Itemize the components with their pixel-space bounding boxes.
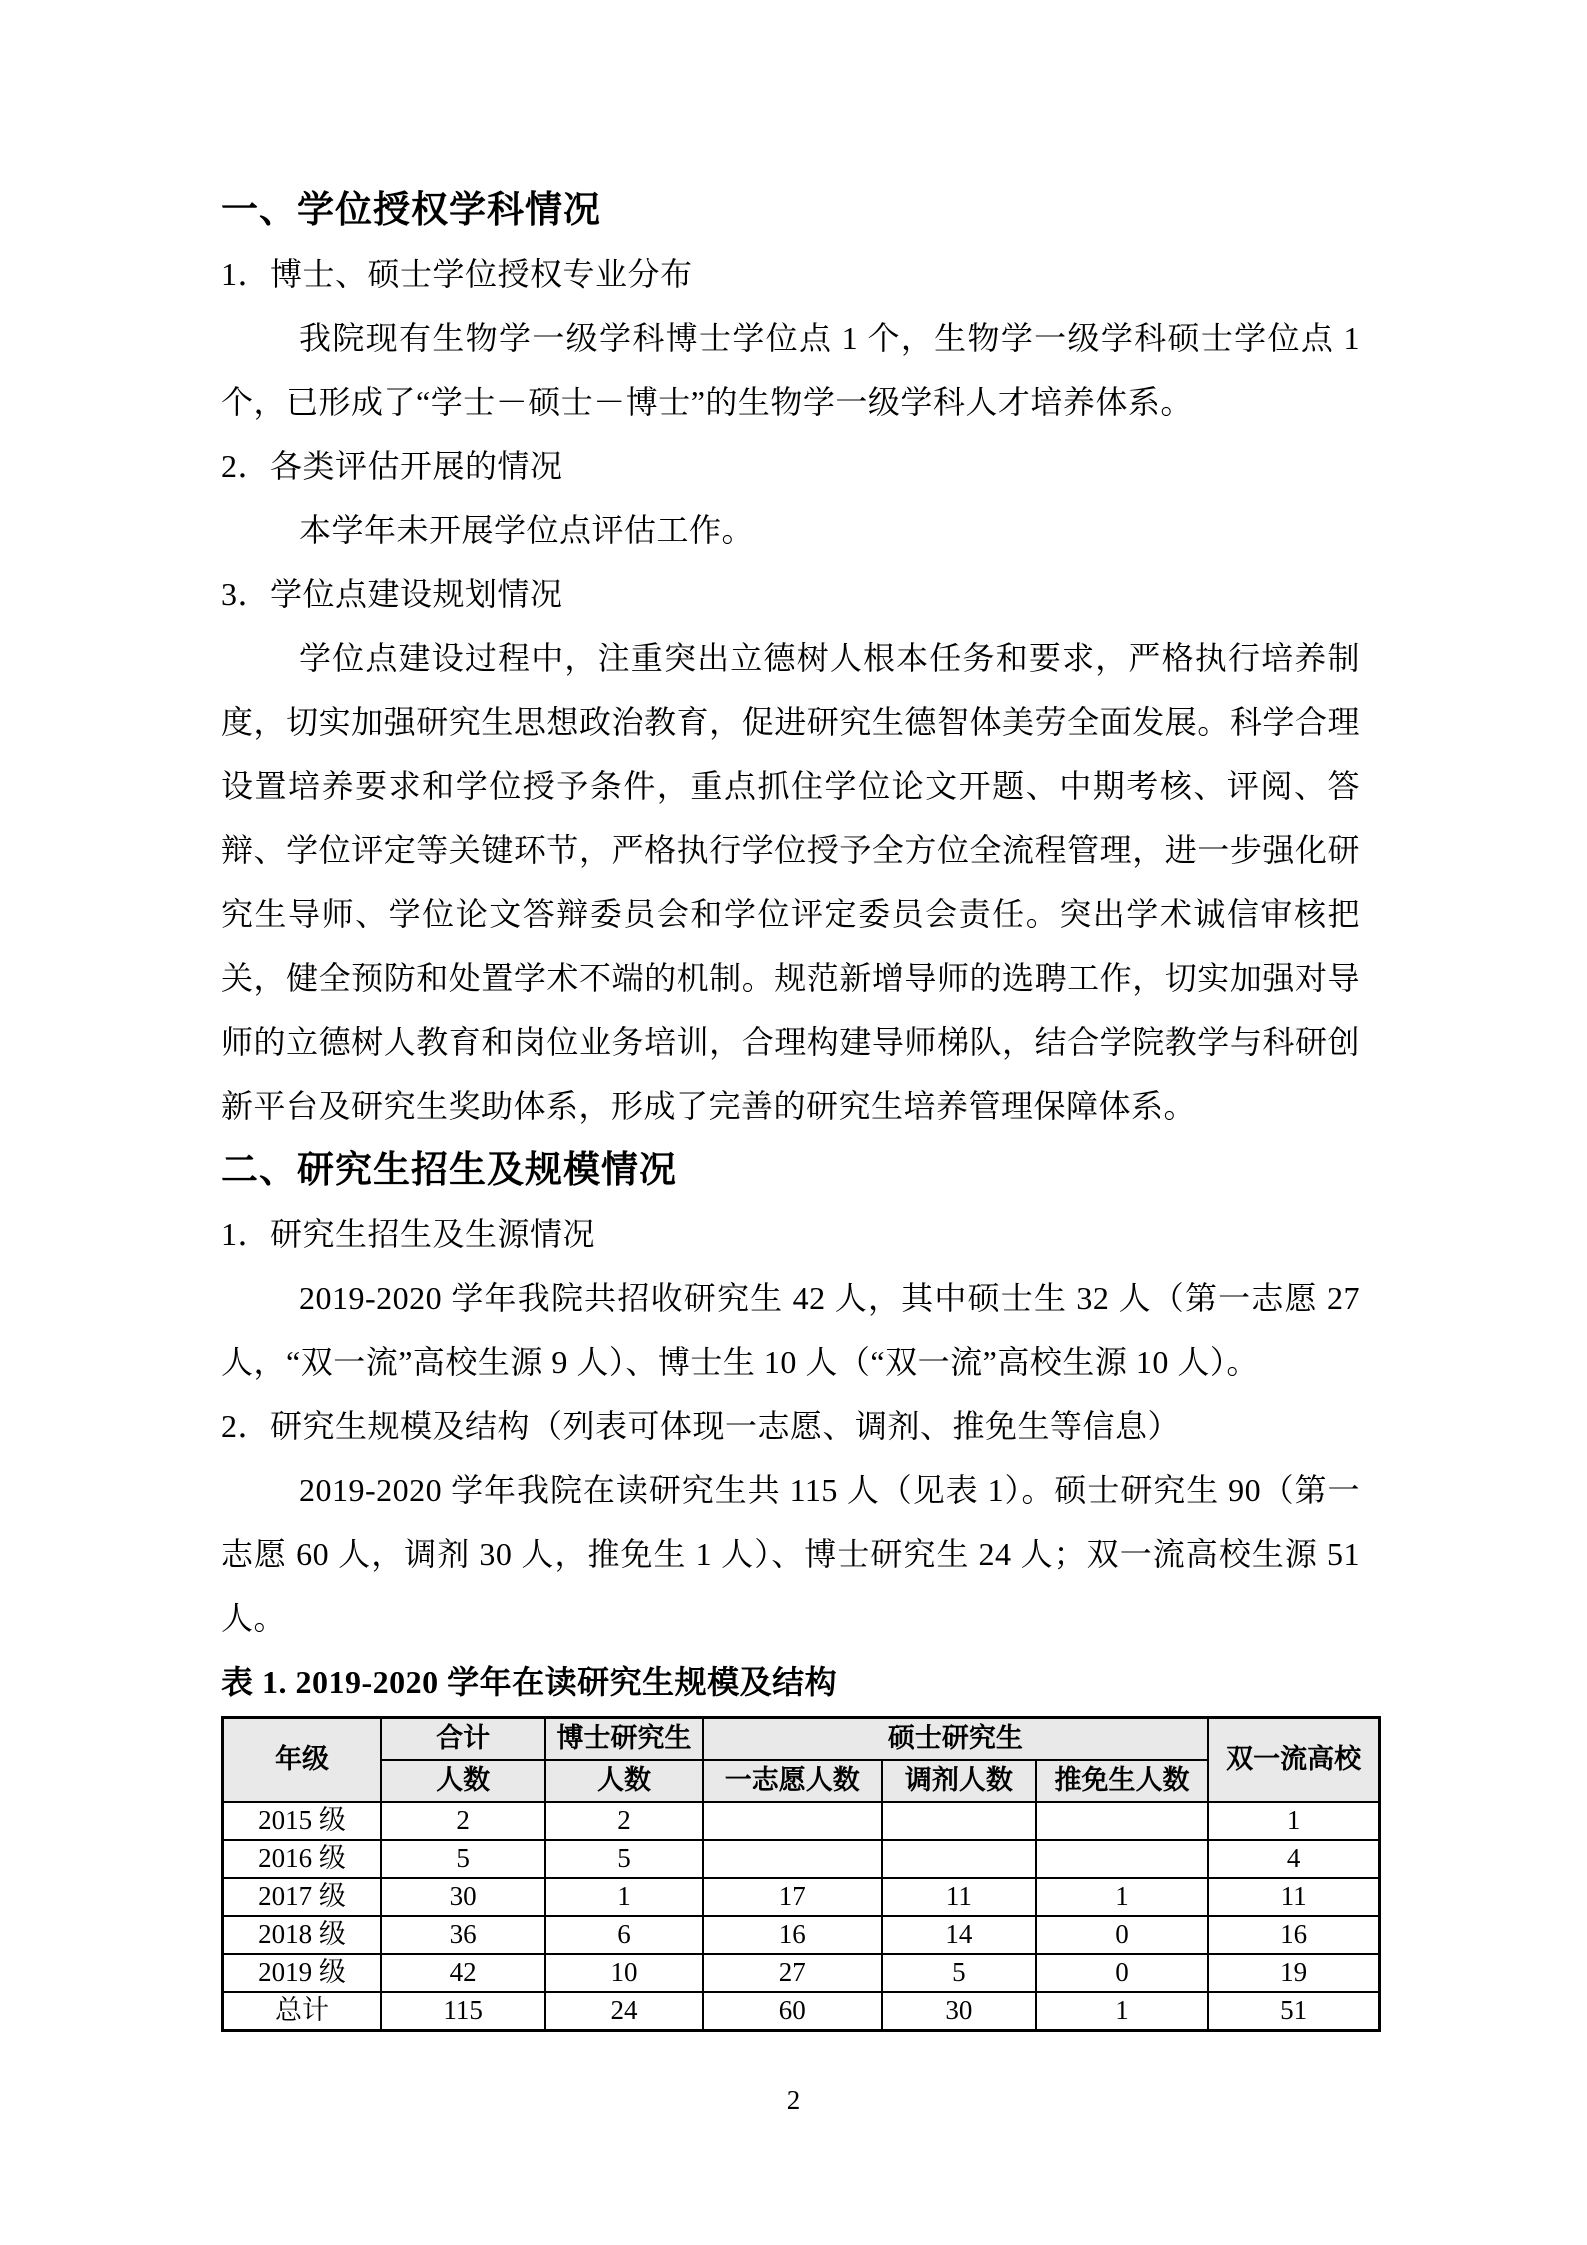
cell-dfc: 16 <box>1208 1916 1379 1954</box>
cell-first-choice <box>703 1802 882 1840</box>
paragraph-2-1: 2019-2020 学年我院共招收研究生 42 人，其中硕士生 32 人（第一志… <box>221 1266 1360 1394</box>
cell-dfc: 4 <box>1208 1840 1379 1878</box>
cell-first-choice: 16 <box>703 1916 882 1954</box>
cell-adjusted: 11 <box>882 1878 1036 1916</box>
cell-dfc: 19 <box>1208 1954 1379 1992</box>
cell-grade: 2016 级 <box>223 1840 382 1878</box>
cell-exempt: 0 <box>1036 1954 1208 1992</box>
cell-total: 2 <box>381 1802 545 1840</box>
col-header-double-first-class: 双一流高校 <box>1208 1718 1379 1803</box>
section-heading-1: 一、学位授权学科情况 <box>221 178 1360 242</box>
cell-exempt: 1 <box>1036 1878 1208 1916</box>
cell-first-choice: 17 <box>703 1878 882 1916</box>
subheading-1-2: 2．各类评估开展的情况 <box>221 434 1360 498</box>
document-body: 一、学位授权学科情况 1．博士、硕士学位授权专业分布 我院现有生物学一级学科博士… <box>221 178 1360 2032</box>
cell-doctoral: 1 <box>545 1878 702 1916</box>
cell-doctoral: 5 <box>545 1840 702 1878</box>
enrollment-table-body: 2015 级 2 2 1 2016 级 5 5 4 <box>223 1802 1380 2031</box>
cell-adjusted: 30 <box>882 1992 1036 2031</box>
section-heading-2: 二、研究生招生及规模情况 <box>221 1138 1360 1202</box>
col-header-grade: 年级 <box>223 1718 382 1803</box>
cell-grade: 2018 级 <box>223 1916 382 1954</box>
cell-adjusted <box>882 1840 1036 1878</box>
col-header-adjusted: 调剂人数 <box>882 1760 1036 1802</box>
col-header-exempt: 推免生人数 <box>1036 1760 1208 1802</box>
cell-total: 5 <box>381 1840 545 1878</box>
cell-first-choice: 27 <box>703 1954 882 1992</box>
cell-dfc: 1 <box>1208 1802 1379 1840</box>
table-row-2016: 2016 级 5 5 4 <box>223 1840 1380 1878</box>
cell-exempt: 1 <box>1036 1992 1208 2031</box>
paragraph-1-3: 学位点建设过程中，注重突出立德树人根本任务和要求，严格执行培养制度，切实加强研究… <box>221 626 1360 1138</box>
cell-dfc: 11 <box>1208 1878 1379 1916</box>
subheading-1-3: 3．学位点建设规划情况 <box>221 562 1360 626</box>
table-row-2018: 2018 级 36 6 16 14 0 16 <box>223 1916 1380 1954</box>
table-row-total: 总计 115 24 60 30 1 51 <box>223 1992 1380 2031</box>
cell-grade: 总计 <box>223 1992 382 2031</box>
paragraph-1-2: 本学年未开展学位点评估工作。 <box>221 498 1360 562</box>
document-page: 一、学位授权学科情况 1．博士、硕士学位授权专业分布 我院现有生物学一级学科博士… <box>0 0 1587 2245</box>
col-header-first-choice: 一志愿人数 <box>703 1760 882 1802</box>
cell-doctoral: 10 <box>545 1954 702 1992</box>
enrollment-table-header: 年级 合计 博士研究生 硕士研究生 双一流高校 人数 人数 一志愿人数 调剂人数… <box>223 1718 1380 1803</box>
col-header-total-count: 人数 <box>381 1760 545 1802</box>
cell-adjusted <box>882 1802 1036 1840</box>
subheading-1-1: 1．博士、硕士学位授权专业分布 <box>221 242 1360 306</box>
col-header-doctoral-count: 人数 <box>545 1760 702 1802</box>
cell-total: 115 <box>381 1992 545 2031</box>
col-header-total: 合计 <box>381 1718 545 1761</box>
cell-total: 42 <box>381 1954 545 1992</box>
cell-adjusted: 5 <box>882 1954 1036 1992</box>
cell-exempt <box>1036 1802 1208 1840</box>
table-row-2017: 2017 级 30 1 17 11 1 11 <box>223 1878 1380 1916</box>
col-header-doctoral: 博士研究生 <box>545 1718 702 1761</box>
table-row-2015: 2015 级 2 2 1 <box>223 1802 1380 1840</box>
cell-adjusted: 14 <box>882 1916 1036 1954</box>
col-header-masters: 硕士研究生 <box>703 1718 1209 1761</box>
paragraph-2-2: 2019-2020 学年我院在读研究生共 115 人（见表 1）。硕士研究生 9… <box>221 1458 1360 1650</box>
cell-first-choice <box>703 1840 882 1878</box>
cell-grade: 2017 级 <box>223 1878 382 1916</box>
subheading-2-1: 1．研究生招生及生源情况 <box>221 1202 1360 1266</box>
table-title: 表 1. 2019-2020 学年在读研究生规模及结构 <box>221 1650 1360 1714</box>
paragraph-1-1: 我院现有生物学一级学科博士学位点 1 个，生物学一级学科硕士学位点 1 个，已形… <box>221 306 1360 434</box>
table-row-2019: 2019 级 42 10 27 5 0 19 <box>223 1954 1380 1992</box>
subheading-2-2: 2．研究生规模及结构（列表可体现一志愿、调剂、推免生等信息） <box>221 1394 1360 1458</box>
cell-grade: 2015 级 <box>223 1802 382 1840</box>
cell-first-choice: 60 <box>703 1992 882 2031</box>
enrollment-table: 年级 合计 博士研究生 硕士研究生 双一流高校 人数 人数 一志愿人数 调剂人数… <box>221 1716 1381 2032</box>
cell-doctoral: 2 <box>545 1802 702 1840</box>
cell-total: 36 <box>381 1916 545 1954</box>
cell-grade: 2019 级 <box>223 1954 382 1992</box>
cell-total: 30 <box>381 1878 545 1916</box>
cell-doctoral: 24 <box>545 1992 702 2031</box>
page-number: 2 <box>0 2085 1587 2115</box>
cell-exempt: 0 <box>1036 1916 1208 1954</box>
cell-doctoral: 6 <box>545 1916 702 1954</box>
cell-exempt <box>1036 1840 1208 1878</box>
cell-dfc: 51 <box>1208 1992 1379 2031</box>
